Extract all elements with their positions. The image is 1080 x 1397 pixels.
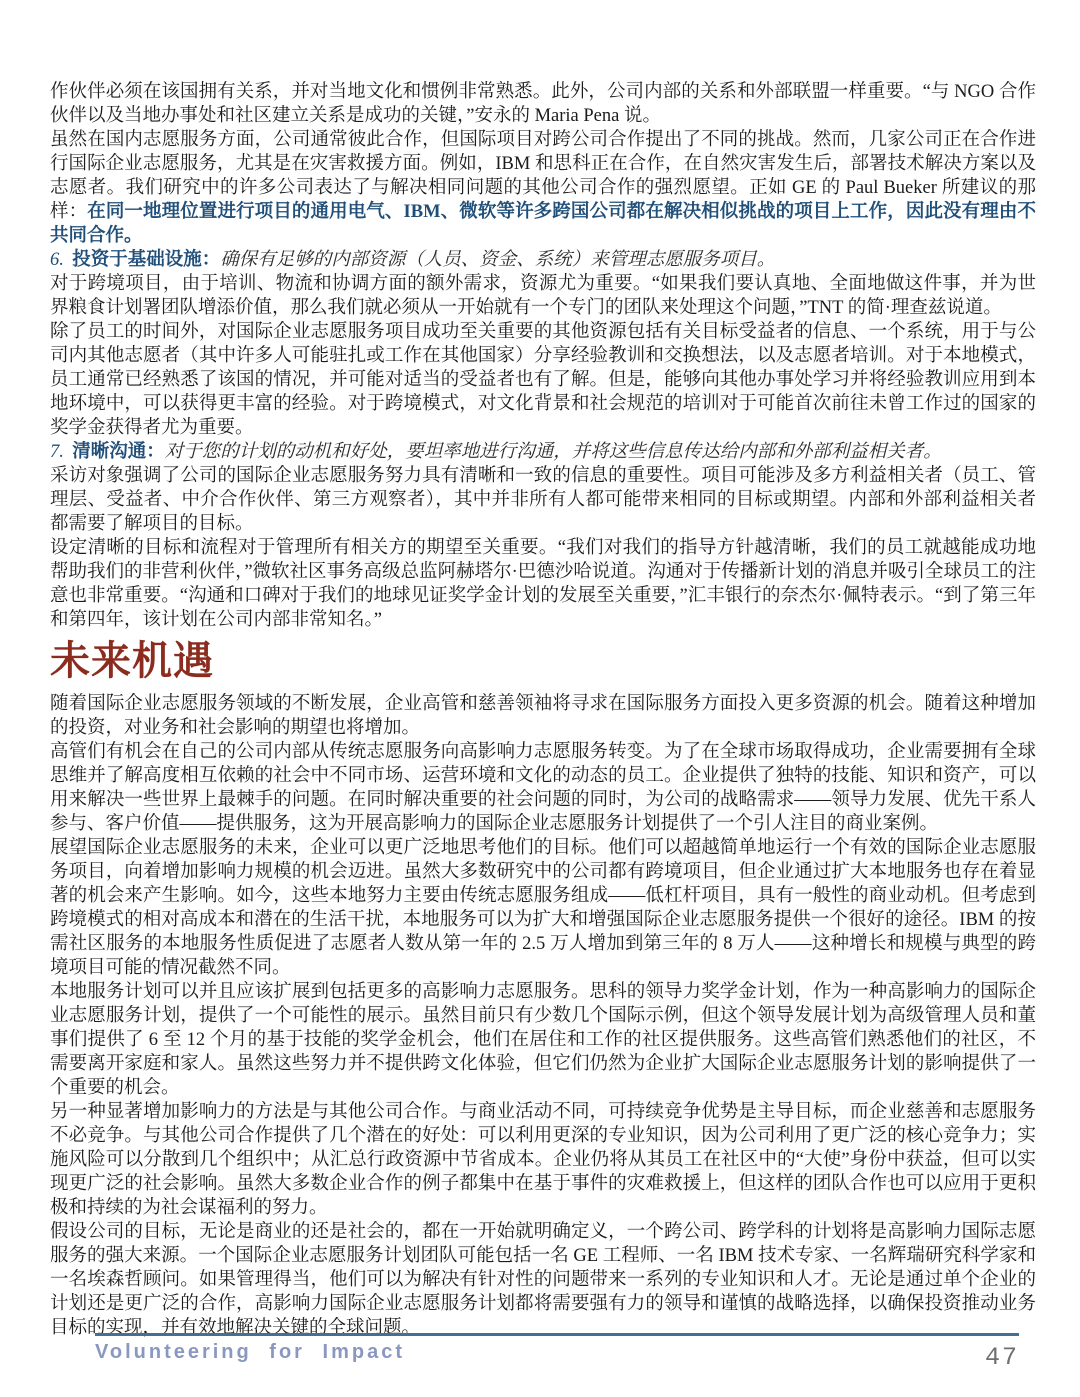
section-heading-future-opportunities: 未来机遇 (50, 639, 1036, 683)
paragraph-tnt-resources: 对于跨境项目，由于培训、物流和协调方面的额外需求，资源尤为重要。“如果我们要认真… (50, 272, 1036, 320)
highlight-quote: 在同一地理位置进行项目的通用电气、IBM、微软等许多跨国公司都在解决相似挑战的项… (50, 202, 1036, 246)
paragraph-ngo-partners: 作伙伴必须在该国拥有关系，并对当地文化和惯例非常熟悉。此外，公司内部的关系和外部… (50, 80, 1036, 128)
footer-brand-text: Volunteering for Impact (95, 1341, 405, 1364)
page-number: 47 (985, 1343, 1019, 1372)
item-spacer (64, 442, 72, 462)
guideline-item-6: 6. 投资于基础设施：确保有足够的内部资源（人员、资金、系统）来管理志愿服务项目… (50, 248, 1036, 272)
paragraph-clear-goals: 设定清晰的目标和流程对于管理所有相关方的期望至关重要。“我们对我们的指导方针越清… (50, 536, 1036, 632)
item-number: 7. (50, 442, 64, 462)
item-description: 确保有足够的内部资源（人员、资金、系统）来管理志愿服务项目。 (220, 250, 775, 270)
paragraph-executive-shift: 高管们有机会在自己的公司内部从传统志愿服务向高影响力志愿服务转变。为了在全球市场… (50, 740, 1036, 836)
paragraph-cross-company-collaboration: 虽然在国内志愿服务方面，公司通常彼此合作，但国际项目对跨公司合作提出了不同的挑战… (50, 128, 1036, 248)
item-spacer (64, 250, 72, 270)
item-description: 对于您的计划的动机和好处，要坦率地进行沟通，并将这些信息传达给内部和外部利益相关… (165, 442, 942, 462)
document-page: 作伙伴必须在该国拥有关系，并对当地文化和惯例非常熟悉。此外，公司内部的关系和外部… (0, 0, 1080, 1397)
paragraph-stakeholders: 采访对象强调了公司的国际企业志愿服务努力具有清晰和一致的信息的重要性。项目可能涉… (50, 464, 1036, 536)
item-label: 投资于基础设施： (72, 250, 220, 270)
paragraph-local-service-plans: 本地服务计划可以并且应该扩展到包括更多的高影响力志愿服务。思科的领导力奖学金计划… (50, 980, 1036, 1100)
guideline-item-7: 7. 清晰沟通：对于您的计划的动机和好处，要坦率地进行沟通，并将这些信息传达给内… (50, 440, 1036, 464)
item-number: 6. (50, 250, 64, 270)
paragraph-field-growth: 随着国际企业志愿服务领域的不断发展，企业高管和慈善领袖将寻求在国际服务方面投入更… (50, 692, 1036, 740)
paragraph-future-outlook: 展望国际企业志愿服务的未来，企业可以更广泛地思考他们的目标。他们可以超越简单地运… (50, 836, 1036, 980)
item-label: 清晰沟通： (72, 442, 165, 462)
paragraph-conclusion: 假设公司的目标，无论是商业的还是社会的，都在一开始就明确定义，一个跨公司、跨学科… (50, 1220, 1036, 1340)
page-footer: Volunteering for Impact 47 (95, 1333, 1019, 1372)
paragraph-other-resources: 除了员工的时间外，对国际企业志愿服务项目成功至关重要的其他资源包括有关目标受益者… (50, 320, 1036, 440)
paragraph-company-partnerships: 另一种显著增加影响力的方法是与其他公司合作。与商业活动不同，可持续竞争优势是主导… (50, 1100, 1036, 1220)
body-text: 作伙伴必须在该国拥有关系，并对当地文化和惯例非常熟悉。此外，公司内部的关系和外部… (50, 80, 1036, 1340)
